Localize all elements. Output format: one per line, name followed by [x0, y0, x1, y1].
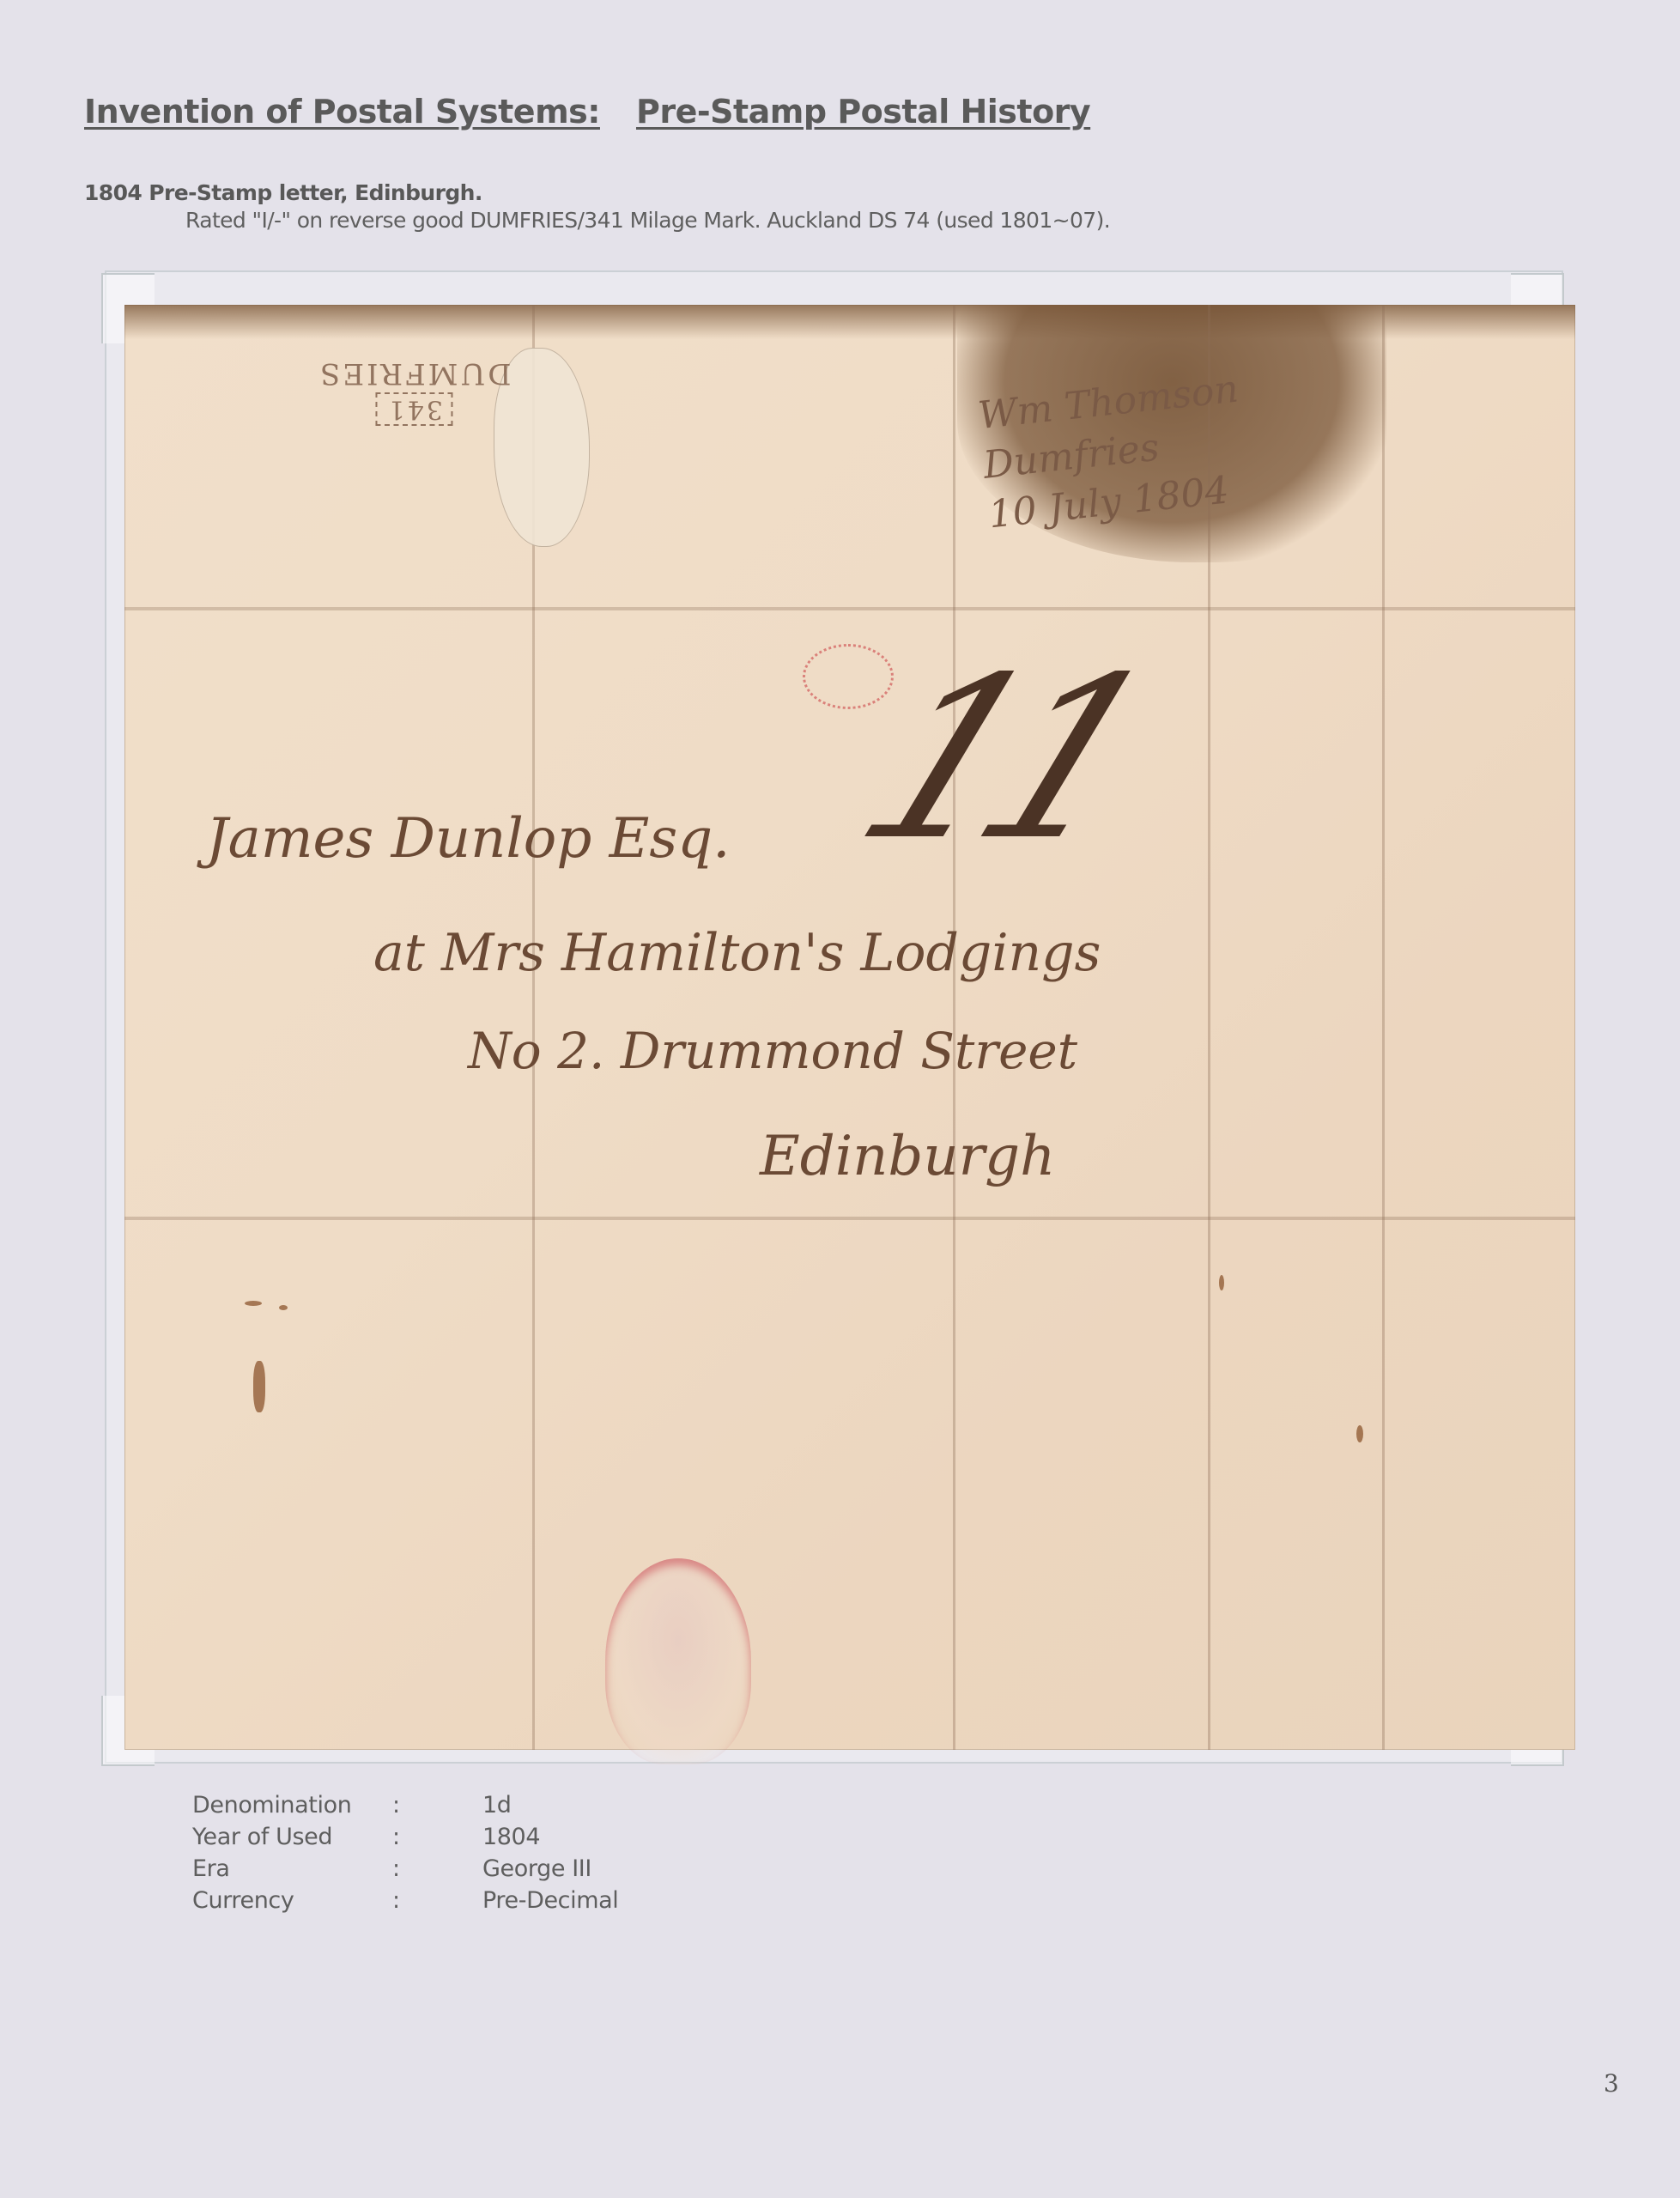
title-part-1: Invention of Postal Systems:	[84, 93, 600, 131]
sender-docket: Wm Thomson Dumfries 10 July 1804	[976, 365, 1252, 541]
ink-spot	[253, 1361, 265, 1412]
ink-spot	[245, 1301, 262, 1306]
item-description: Rated "I/-" on reverse good DUMFRIES/341…	[185, 208, 1110, 233]
ink-spot	[279, 1305, 288, 1310]
detail-value: George III	[482, 1855, 591, 1882]
fold-line	[1208, 305, 1210, 1750]
address-line-2: at Mrs Hamilton's Lodgings	[373, 923, 1101, 983]
detail-row-era: Era : George III	[192, 1853, 618, 1885]
fold-line	[1382, 305, 1385, 1750]
detail-value: 1d	[482, 1792, 512, 1819]
ink-spot	[1356, 1425, 1363, 1442]
detail-value: 1804	[482, 1824, 540, 1850]
page-number: 3	[1604, 2069, 1619, 2098]
address-line-3: No 2. Drummond Street	[468, 1022, 1077, 1080]
mileage-box: 341	[376, 392, 453, 426]
postmark-town: DUMFRIES	[318, 356, 511, 391]
pre-stamp-letter: 341 DUMFRIES Wm Thomson Dumfries 10 July…	[124, 305, 1575, 1750]
fold-line	[124, 1217, 1575, 1220]
page-title: Invention of Postal Systems:Pre-Stamp Po…	[84, 93, 1090, 131]
address-line-1: James Dunlop Esq.	[206, 807, 731, 871]
dumfries-postmark: 341 DUMFRIES	[318, 356, 511, 428]
address-line-4: Edinburgh	[760, 1125, 1055, 1188]
detail-row-denomination: Denomination : 1d	[192, 1789, 618, 1821]
detail-row-currency: Currency : Pre-Decimal	[192, 1885, 618, 1916]
item-details: Denomination : 1d Year of Used : 1804 Er…	[192, 1789, 618, 1916]
title-part-2: Pre-Stamp Postal History	[636, 93, 1090, 131]
item-heading: 1804 Pre-Stamp letter, Edinburgh.	[84, 180, 482, 205]
ink-spot	[1219, 1275, 1224, 1290]
detail-value: Pre-Decimal	[482, 1887, 618, 1914]
detail-row-year: Year of Used : 1804	[192, 1821, 618, 1853]
wax-seal-remnant	[605, 1558, 751, 1764]
red-postmark	[803, 644, 894, 709]
fold-line	[124, 607, 1575, 610]
